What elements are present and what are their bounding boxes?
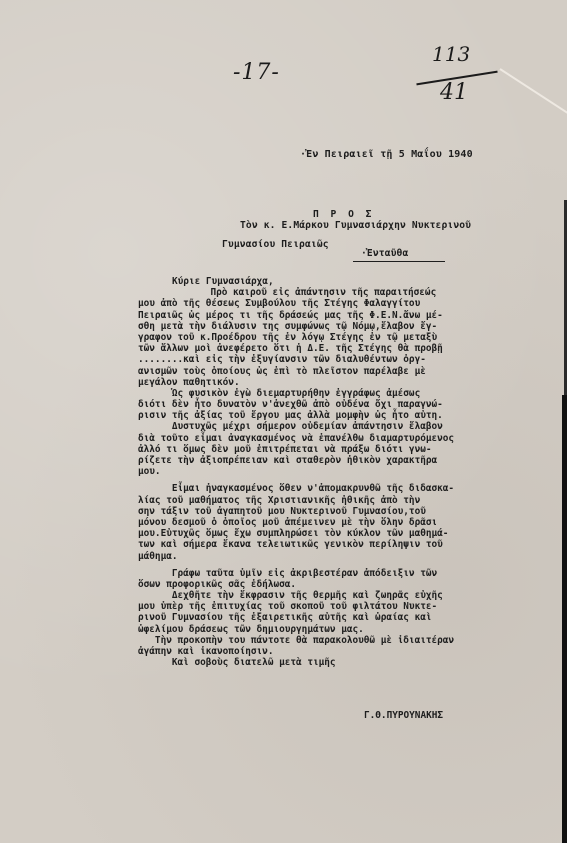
recipient-line-2: Γυμνασίου Πειραιῶς — [222, 239, 329, 250]
scanned-letter-page: -17- 113 41 ·Ἐν Πειραιεῖ τῇ 5 Μαΐου 1940… — [0, 0, 567, 843]
body-line: μου ὑπὲρ τῆς ἐπιτυχίας τοῦ σκοποῦ τοῦ φι… — [138, 601, 554, 612]
salutation: Κύριε Γυμνασιάρχα, — [172, 276, 554, 287]
body-line: διὰ τοῦτο εἶμαι ἀναγκασμένος νὰ ἐπανέλθω… — [138, 433, 554, 444]
heading-pros: Π Ρ Ο Σ — [313, 209, 374, 220]
body-line: μου. — [138, 466, 554, 477]
location-underline — [353, 261, 445, 262]
body-line: Καὶ σοβοὺς διατελῶ μετὰ τιμῆς — [138, 657, 554, 668]
body-line: ὠφελίμου δράσεως τῶν δημιουργημάτων μας. — [138, 624, 554, 635]
body-line: μου.Εὐτυχῶς ὅμως ἔχω συμπληρώσει τὸν κύκ… — [138, 528, 554, 539]
body-line: διότι δὲν ἦτο δυνατὸν ν'ἀνεχθῶ ἀπὸ οὐδέν… — [138, 399, 554, 410]
body-line: ἀλλό τι ὅμως δὲν μοῦ ἐπιτρέπεται νὰ πράξ… — [138, 444, 554, 455]
body-line: λίας τοῦ μαθήματος τῆς Χριστιανικῆς ἠθικ… — [138, 495, 554, 506]
body-line: Δεχθῆτε τὴν ἔκφρασιν τῆς θερμῆς καὶ ζωηρ… — [138, 590, 554, 601]
body-line: ........καὶ εἰς τὴν ἐξυγίανσιν τῶν διαλυ… — [138, 354, 554, 365]
body-line: Τὴν προκοπὴν του πάντοτε θὰ παρακολουθῶ … — [138, 635, 554, 646]
handwritten-page-number: -17- — [233, 60, 280, 85]
body-line: μόνου δεσμοῦ ὁ ὁποῖος μοῦ ἀπέμεινεν μὲ τ… — [138, 517, 554, 528]
body-line: Γράφω ταῦτα ὑμῖν εἰς ἀκριβεστέραν ἀπόδει… — [138, 568, 554, 579]
body-line: ανισμῶν τοὺς ὁποίους ὡς ἐπὶ τὸ πλεῖστον … — [138, 366, 554, 377]
body-line: ρινοῦ Γυμνασίου τῆς ἐξαιρετικῆς αὐτῆς κα… — [138, 612, 554, 623]
body-line: των καὶ σήμερα ἔκανα τελειωτικῶς γενικὸν… — [138, 539, 554, 550]
letter-body: Κύριε Γυμνασιάρχα, Πρὸ καιροῦ εἰς ἀπάντη… — [154, 276, 554, 668]
body-line: Δυστυχῶς μέχρι σήμερον οὐδεμίαν ἀπάντησι… — [138, 421, 554, 432]
body-line: ὅσων προφορικῶς σᾶς ἐδήλωσα. — [138, 579, 554, 590]
body-line: Εἶμαι ἠναγκασμένος ὅθεν ν'ἀπομακρυνθῶ τῆ… — [138, 483, 554, 494]
body-line: μου ἀπὸ τῆς θέσεως Συμβούλου τῆς Στέγης … — [138, 298, 554, 309]
recipient-line-1: Τὸν κ. Ε.Μάρκου Γυμνασιάρχην Νυκτερινοῦ — [240, 220, 471, 231]
body-line: ἀγάπην καὶ ἱκανοποίησιν. — [138, 646, 554, 657]
body-line: σην τάξιν τοῦ ἀγαπητοῦ μου Νυκτερινοῦ Γυ… — [138, 506, 554, 517]
body-line: Πρὸ καιροῦ εἰς ἀπάντησιν τῆς παραιτήσεώς — [154, 287, 554, 298]
body-line: τῶν ἄλλων μοὶ ἀνεφέρετο ὅτι ἡ Δ.Ε. τῆς Σ… — [138, 343, 554, 354]
body-line: γραφον τοῦ κ.Προέδρου τῆς ἐν λόγῳ Στέγης… — [138, 332, 554, 343]
body-line: ρίζετε τὴν ἀξιοπρέπειαν καὶ σταθερὸν ἠθι… — [138, 455, 554, 466]
location-line: ·Ἐνταῦθα — [361, 248, 408, 259]
body-line: Ὡς φυσικὸν ἐγὼ διεμαρτυρήθην ἐγγράφως ἀμ… — [138, 388, 554, 399]
handwritten-reference-denominator: 41 — [440, 80, 468, 105]
body-line: μάθημα. — [138, 551, 554, 562]
body-line: ρισιν τῆς ἀξίας τοῦ ἔργου μας ἀλλὰ μομφὴ… — [138, 410, 554, 421]
signature: Γ.Θ.ΠΥΡΟΥΝΑΚΗΣ — [364, 710, 443, 721]
scan-edge-border — [562, 395, 567, 843]
paper-fold-crease — [499, 68, 567, 119]
body-line: σθη μετὰ τὴν διάλυσιν της συμφώνως τῷ Νό… — [138, 321, 554, 332]
date-line: ·Ἐν Πειραιεῖ τῇ 5 Μαΐου 1940 — [300, 149, 473, 160]
handwritten-reference-numerator: 113 — [432, 42, 470, 66]
body-line: Πειραιῶς ὡς μέρος τι τῆς δράσεώς μας τῆς… — [138, 310, 554, 321]
body-line: μεγάλον παθητικόν. — [138, 377, 554, 388]
